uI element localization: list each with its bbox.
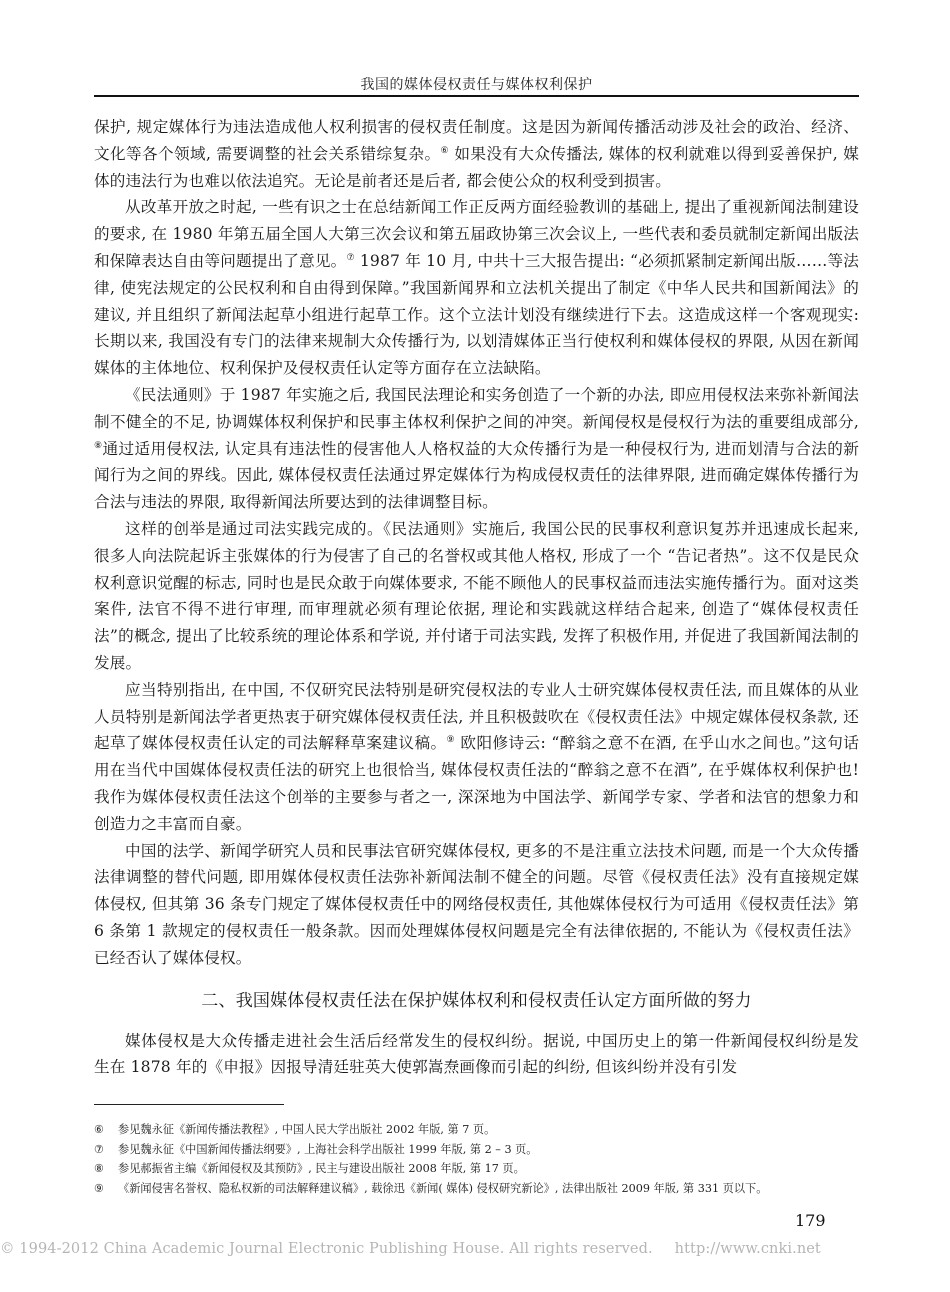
paragraph-text: 《民法通则》于 1987 年实施之后, 我国民法理论和实务创造了一个新的办法, …: [94, 386, 859, 431]
journal-page: 我国的媒体侵权责任与媒体权利保护 保护, 规定媒体行为违法造成他人权利损害的侵权…: [0, 0, 950, 1292]
body-paragraph: 从改革开放之时起, 一些有识之士在总结新闻工作正反两方面经验教训的基础上, 提出…: [94, 194, 859, 382]
footnote-rule: [94, 1104, 284, 1105]
footnote-mark: ⑨: [94, 1179, 118, 1199]
body-paragraph: 这样的创举是通过司法实践完成的。《民法通则》实施后, 我国公民的民事权利意识复苏…: [94, 516, 859, 677]
copyright-watermark: © 1994-2012 China Academic Journal Elect…: [0, 1241, 821, 1257]
paragraph-text: 媒体侵权是大众传播走进社会生活后经常发生的侵权纠纷。据说, 中国历史上的第一件新…: [94, 1032, 859, 1077]
body-paragraph: 媒体侵权是大众传播走进社会生活后经常发生的侵权纠纷。据说, 中国历史上的第一件新…: [94, 1028, 859, 1082]
footnote-item: ⑧参见郝振省主编《新闻侵权及其预防》, 民主与建设出版社 2008 年版, 第 …: [94, 1159, 859, 1179]
footnote-reference[interactable]: ⑥: [440, 146, 448, 156]
paragraph-text: 这样的创举是通过司法实践完成的。《民法通则》实施后, 我国公民的民事权利意识复苏…: [94, 520, 859, 672]
footnote-reference[interactable]: ⑨: [447, 735, 456, 745]
footnote-text: 《新闻侵害名誉权、隐私权新的司法解释建议稿》, 载徐迅《新闻( 媒体) 侵权研究…: [118, 1179, 767, 1199]
footnote-item: ⑦参见魏永征《中国新闻传播法纲要》, 上海社会科学出版社 1999 年版, 第 …: [94, 1140, 859, 1160]
footnote-text: 参见郝振省主编《新闻侵权及其预防》, 民主与建设出版社 2008 年版, 第 1…: [118, 1159, 525, 1179]
footnote-mark: ⑥: [94, 1120, 118, 1140]
section-heading: 二、我国媒体侵权责任法在保护媒体权利和侵权责任认定方面所做的努力: [94, 988, 859, 1014]
footnote-mark: ⑧: [94, 1159, 118, 1179]
paragraph-text: 通过适用侵权法, 认定具有违法性的侵害他人人格权益的大众传播行为是一种侵权行为,…: [94, 440, 859, 512]
cnki-url: http://www.cnki.net: [675, 1241, 821, 1257]
footnote-item: ⑨《新闻侵害名誉权、隐私权新的司法解释建议稿》, 载徐迅《新闻( 媒体) 侵权研…: [94, 1179, 859, 1199]
footnote-text: 参见魏永征《中国新闻传播法纲要》, 上海社会科学出版社 1999 年版, 第 2…: [118, 1140, 538, 1160]
paragraphs-before-heading: 保护, 规定媒体行为违法造成他人权利损害的侵权责任制度。这是因为新闻传播活动涉及…: [94, 114, 859, 972]
copyright-text: © 1994-2012 China Academic Journal Elect…: [0, 1241, 653, 1257]
footnote-item: ⑥参见魏永征《新闻传播法教程》, 中国人民大学出版社 2002 年版, 第 7 …: [94, 1120, 859, 1140]
body-paragraph: 《民法通则》于 1987 年实施之后, 我国民法理论和实务创造了一个新的办法, …: [94, 382, 859, 516]
article-body: 保护, 规定媒体行为违法造成他人权利损害的侵权责任制度。这是因为新闻传播活动涉及…: [94, 114, 859, 1081]
footnotes: ⑥参见魏永征《新闻传播法教程》, 中国人民大学出版社 2002 年版, 第 7 …: [94, 1120, 859, 1198]
body-paragraph: 应当特别指出, 在中国, 不仅研究民法特别是研究侵权法的专业人士研究媒体侵权责任…: [94, 677, 859, 838]
footnote-text: 参见魏永征《新闻传播法教程》, 中国人民大学出版社 2002 年版, 第 7 页…: [118, 1120, 495, 1140]
footnote-reference[interactable]: ⑦: [346, 253, 354, 263]
running-title: 我国的媒体侵权责任与媒体权利保护: [94, 74, 859, 94]
header-rule: [94, 95, 859, 97]
paragraph-text: 中国的法学、新闻学研究人员和民事法官研究媒体侵权, 更多的不是注重立法技术问题,…: [94, 842, 859, 967]
body-paragraph: 保护, 规定媒体行为违法造成他人权利损害的侵权责任制度。这是因为新闻传播活动涉及…: [94, 114, 859, 194]
footnote-mark: ⑦: [94, 1140, 118, 1160]
paragraph-text: 1987 年 10 月, 中共十三大报告提出: “必须抓紧制定新闻出版……等法律…: [94, 252, 859, 377]
paragraphs-after-heading: 媒体侵权是大众传播走进社会生活后经常发生的侵权纠纷。据说, 中国历史上的第一件新…: [94, 1028, 859, 1082]
page-number: 179: [795, 1211, 826, 1230]
body-paragraph: 中国的法学、新闻学研究人员和民事法官研究媒体侵权, 更多的不是注重立法技术问题,…: [94, 838, 859, 972]
